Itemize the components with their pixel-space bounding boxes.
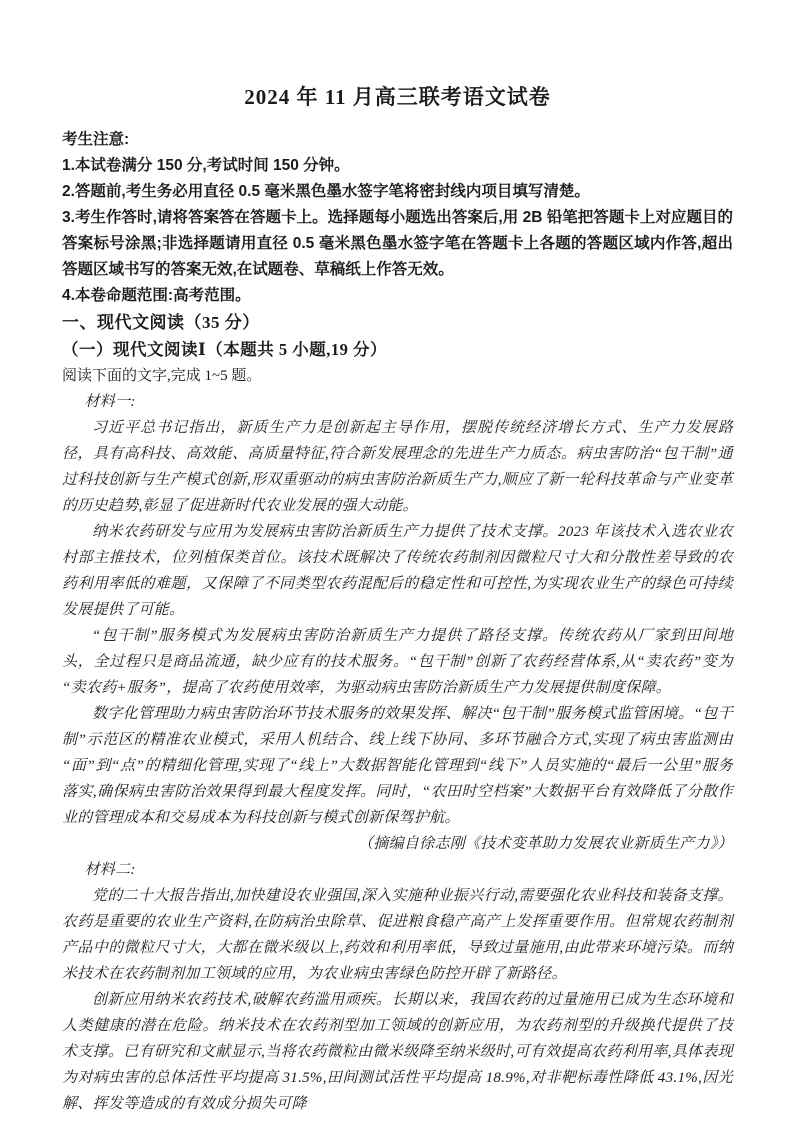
material-1-paragraph-1: 习近平总书记指出，新质生产力是创新起主导作用，摆脱传统经济增长方式、生产力发展路… xyxy=(62,415,733,519)
notice-item-3: 3.考生作答时,请将答案答在答题卡上。选择题每小题选出答案后,用 2B 铅笔把答… xyxy=(62,205,733,283)
page-content: 2024 年 11 月高三联考语文试卷 考生注意: 1.本试卷满分 150 分,… xyxy=(0,0,793,1117)
material-1-label: 材料一: xyxy=(62,389,733,415)
material-2-paragraph-2: 创新应用纳米农药技术,破解农药滥用顽疾。长期以来，我国农药的过量施用已成为生态环… xyxy=(62,987,733,1117)
material-2-paragraph-1: 党的二十大报告指出,加快建设农业强国,深入实施种业振兴行动,需要强化农业科技和装… xyxy=(62,883,733,987)
page-title: 2024 年 11 月高三联考语文试卷 xyxy=(62,84,733,110)
material-1-attribution: （摘编自徐志刚《技术变革助力发展农业新质生产力》） xyxy=(62,831,733,857)
material-2: 材料二: 党的二十大报告指出,加快建设农业强国,深入实施种业振兴行动,需要强化农… xyxy=(62,857,733,1117)
notice-block: 考生注意: 1.本试卷满分 150 分,考试时间 150 分钟。 2.答题前,考… xyxy=(62,127,733,309)
section-heading: 一、现代文阅读（35 分） xyxy=(62,309,733,336)
section-subheading: （一）现代文阅读Ⅰ（本题共 5 小题,19 分） xyxy=(62,336,733,363)
notice-item-1: 1.本试卷满分 150 分,考试时间 150 分钟。 xyxy=(62,153,733,179)
material-1-paragraph-2: 纳米农药研发与应用为发展病虫害防治新质生产力提供了技术支撑。2023 年该技术入… xyxy=(62,519,733,623)
notice-heading: 考生注意: xyxy=(62,127,733,153)
material-2-label: 材料二: xyxy=(62,857,733,883)
notice-item-4: 4.本卷命题范围:高考范围。 xyxy=(62,283,733,309)
notice-item-2: 2.答题前,考生务必用直径 0.5 毫米黑色墨水签字笔将密封线内项目填写清楚。 xyxy=(62,179,733,205)
material-1-paragraph-3: “包干制”服务模式为发展病虫害防治新质生产力提供了路径支撑。传统农药从厂家到田间… xyxy=(62,623,733,701)
material-1-paragraph-4: 数字化管理助力病虫害防治环节技术服务的效果发挥、解决“包干制”服务模式监管困境。… xyxy=(62,701,733,831)
reading-instruction: 阅读下面的文字,完成 1~5 题。 xyxy=(62,363,733,389)
exam-paper-page: 2024 年 11 月高三联考语文试卷 考生注意: 1.本试卷满分 150 分,… xyxy=(0,0,793,1122)
material-1: 材料一: 习近平总书记指出，新质生产力是创新起主导作用，摆脱传统经济增长方式、生… xyxy=(62,389,733,857)
